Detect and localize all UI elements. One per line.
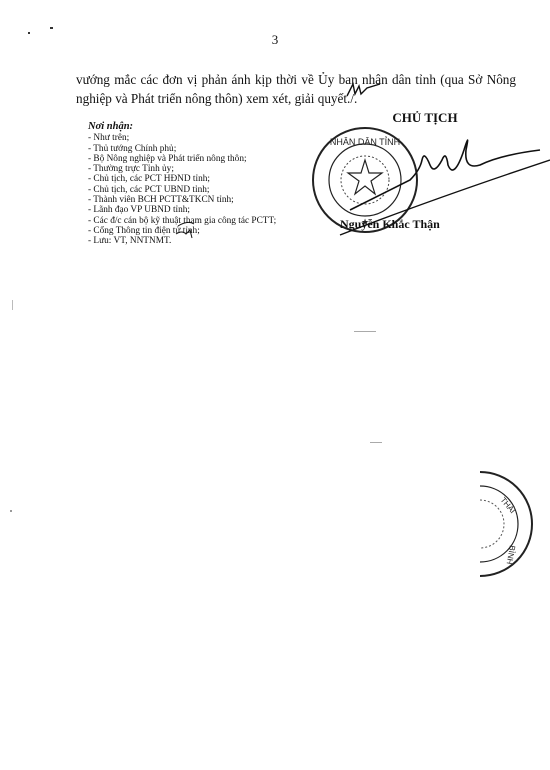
signer-name: Nguyễn Khắc Thận [340, 217, 440, 232]
scan-speck [28, 32, 30, 34]
recipient-item: - Thành viên BCH PCTT&TKCN tỉnh; [88, 195, 276, 205]
svg-text:BÌNH: BÌNH [505, 545, 517, 566]
recipient-item: - Lãnh đạo VP UBND tỉnh; [88, 205, 276, 215]
scan-speck [354, 331, 376, 332]
initial-mark-icon [345, 80, 385, 100]
recipient-item: - Chủ tịch, các PCT UBND tỉnh; [88, 185, 276, 195]
recipients-title: Nơi nhận: [88, 122, 276, 132]
body-paragraph: vướng mắc các đơn vị phản ánh kịp thời v… [76, 70, 516, 108]
page-number: 3 [0, 32, 550, 48]
scan-speck [50, 27, 53, 29]
initial-mark-icon [172, 220, 202, 242]
scan-speck [370, 442, 382, 443]
recipient-item: - Bộ Nông nghiệp và Phát triển nông thôn… [88, 154, 276, 164]
recipient-item: - Chủ tịch, các PCT HĐND tỉnh; [88, 174, 276, 184]
partial-seal-icon: THÁI BÌNH [470, 470, 550, 580]
recipient-item: - Thủ tướng Chính phủ; [88, 144, 276, 154]
scan-speck [10, 510, 12, 512]
recipient-item: - Như trên; [88, 133, 276, 143]
scan-speck [12, 300, 13, 310]
recipient-item: - Thường trực Tỉnh ủy; [88, 164, 276, 174]
